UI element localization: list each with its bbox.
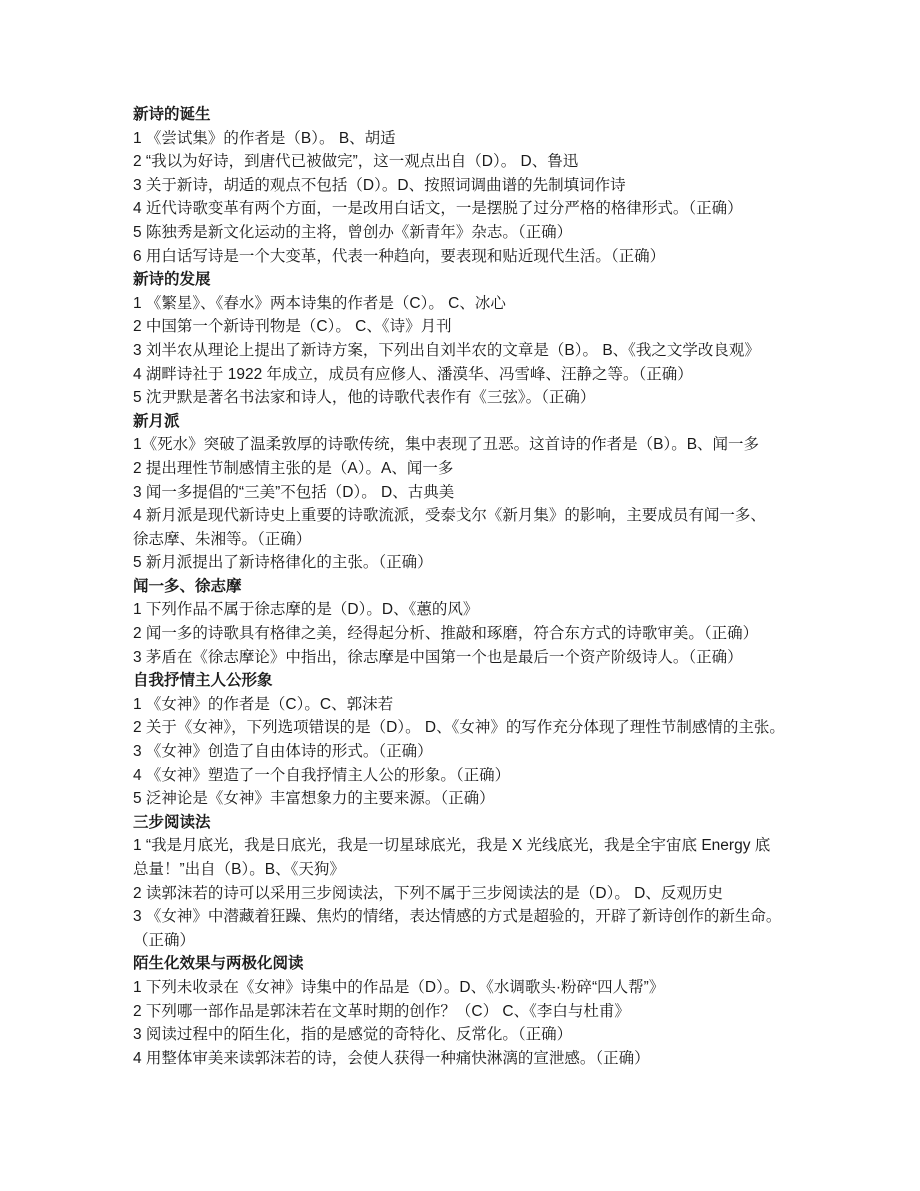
section-heading: 陌生化效果与两极化阅读: [133, 952, 913, 976]
question-line: 1《死水》突破了温柔敦厚的诗歌传统，集中表现了丑恶。这首诗的作者是（B）。B、闻…: [133, 433, 913, 457]
question-line: 2 读郭沫若的诗可以采用三步阅读法，下列不属于三步阅读法的是（D）。 D、反观历…: [133, 882, 913, 906]
question-line: 2 闻一多的诗歌具有格律之美，经得起分析、推敲和琢磨，符合东方式的诗歌审美。（正…: [133, 622, 913, 646]
question-line: 5 陈独秀是新文化运动的主将，曾创办《新青年》杂志。（正确）: [133, 221, 913, 245]
section-crescent-moon-school: 新月派 1《死水》突破了温柔敦厚的诗歌传统，集中表现了丑恶。这首诗的作者是（B）…: [133, 410, 913, 575]
question-line: 3 关于新诗，胡适的观点不包括（D）。D、按照词调曲谱的先制填词作诗: [133, 174, 913, 198]
question-line: 4 用整体审美来读郭沫若的诗，会使人获得一种痛快淋漓的宣泄感。（正确）: [133, 1047, 913, 1071]
question-line: 3 茅盾在《徐志摩论》中指出，徐志摩是中国第一个也是最后一个资产阶级诗人。（正确…: [133, 646, 913, 670]
question-line: 4 湖畔诗社于 1922 年成立，成员有应修人、潘漠华、冯雪峰、汪静之等。（正确…: [133, 363, 913, 387]
question-line: 1 《女神》的作者是（C）。C、郭沫若: [133, 693, 913, 717]
section-self-lyric-protagonist: 自我抒情主人公形象 1 《女神》的作者是（C）。C、郭沫若 2 关于《女神》，下…: [133, 669, 913, 811]
question-line: 3 阅读过程中的陌生化，指的是感觉的奇特化、反常化。（正确）: [133, 1023, 913, 1047]
question-line: 3 《女神》中潜藏着狂躁、焦灼的情绪，表达情感的方式是超验的，开辟了新诗创作的新…: [133, 905, 913, 952]
question-line: 2 “我以为好诗，到唐代已被做完”，这一观点出自（D）。 D、鲁迅: [133, 150, 913, 174]
question-line: 1 《尝试集》的作者是（B）。 B、胡适: [133, 127, 913, 151]
section-heading: 闻一多、徐志摩: [133, 575, 913, 599]
section-wenyiduo-xuzhimo: 闻一多、徐志摩 1 下列作品不属于徐志摩的是（D）。D、《蕙的风》 2 闻一多的…: [133, 575, 913, 669]
section-new-poetry-birth: 新诗的诞生 1 《尝试集》的作者是（B）。 B、胡适 2 “我以为好诗，到唐代已…: [133, 103, 913, 268]
document-page: 新诗的诞生 1 《尝试集》的作者是（B）。 B、胡适 2 “我以为好诗，到唐代已…: [133, 103, 913, 1070]
section-heading: 自我抒情主人公形象: [133, 669, 913, 693]
question-line: 6 用白话写诗是一个大变革，代表一种趋向，要表现和贴近现代生活。（正确）: [133, 245, 913, 269]
section-three-step-reading: 三步阅读法 1 “我是月底光，我是日底光，我是一切星球底光，我是 X 光线底光，…: [133, 811, 913, 953]
section-heading: 三步阅读法: [133, 811, 913, 835]
question-line: 5 新月派提出了新诗格律化的主张。（正确）: [133, 551, 913, 575]
section-defamiliarization: 陌生化效果与两极化阅读 1 下列未收录在《女神》诗集中的作品是（D）。D、《水调…: [133, 952, 913, 1070]
question-line: 5 沈尹默是著名书法家和诗人，他的诗歌代表作有《三弦》。（正确）: [133, 386, 913, 410]
question-line: 4 《女神》塑造了一个自我抒情主人公的形象。（正确）: [133, 764, 913, 788]
section-heading: 新诗的诞生: [133, 103, 913, 127]
question-line: 1 下列作品不属于徐志摩的是（D）。D、《蕙的风》: [133, 598, 913, 622]
question-line: 1 下列未收录在《女神》诗集中的作品是（D）。D、《水调歌头·粉碎“四人帮”》: [133, 976, 913, 1000]
question-line: 4 新月派是现代新诗史上重要的诗歌流派，受泰戈尔《新月集》的影响，主要成员有闻一…: [133, 504, 913, 551]
question-line: 2 提出理性节制感情主张的是（A）。A、闻一多: [133, 457, 913, 481]
section-heading: 新诗的发展: [133, 268, 913, 292]
question-line: 2 下列哪一部作品是郭沫若在文革时期的创作？（C） C、《李白与杜甫》: [133, 1000, 913, 1024]
question-line: 3 《女神》创造了自由体诗的形式。（正确）: [133, 740, 913, 764]
question-line: 2 中国第一个新诗刊物是（C）。 C、《诗》月刊: [133, 315, 913, 339]
question-line: 2 关于《女神》，下列选项错误的是（D）。 D、《女神》的写作充分体现了理性节制…: [133, 716, 913, 740]
question-line: 3 闻一多提倡的“三美”不包括（D）。 D、古典美: [133, 481, 913, 505]
section-new-poetry-development: 新诗的发展 1 《繁星》、《春水》两本诗集的作者是（C）。 C、冰心 2 中国第…: [133, 268, 913, 410]
section-heading: 新月派: [133, 410, 913, 434]
question-line: 5 泛神论是《女神》丰富想象力的主要来源。（正确）: [133, 787, 913, 811]
question-line: 1 《繁星》、《春水》两本诗集的作者是（C）。 C、冰心: [133, 292, 913, 316]
question-line: 1 “我是月底光，我是日底光，我是一切星球底光，我是 X 光线底光，我是全宇宙底…: [133, 834, 913, 881]
question-line: 3 刘半农从理论上提出了新诗方案，下列出自刘半农的文章是（B）。 B、《我之文学…: [133, 339, 913, 363]
question-line: 4 近代诗歌变革有两个方面，一是改用白话文，一是摆脱了过分严格的格律形式。（正确…: [133, 197, 913, 221]
